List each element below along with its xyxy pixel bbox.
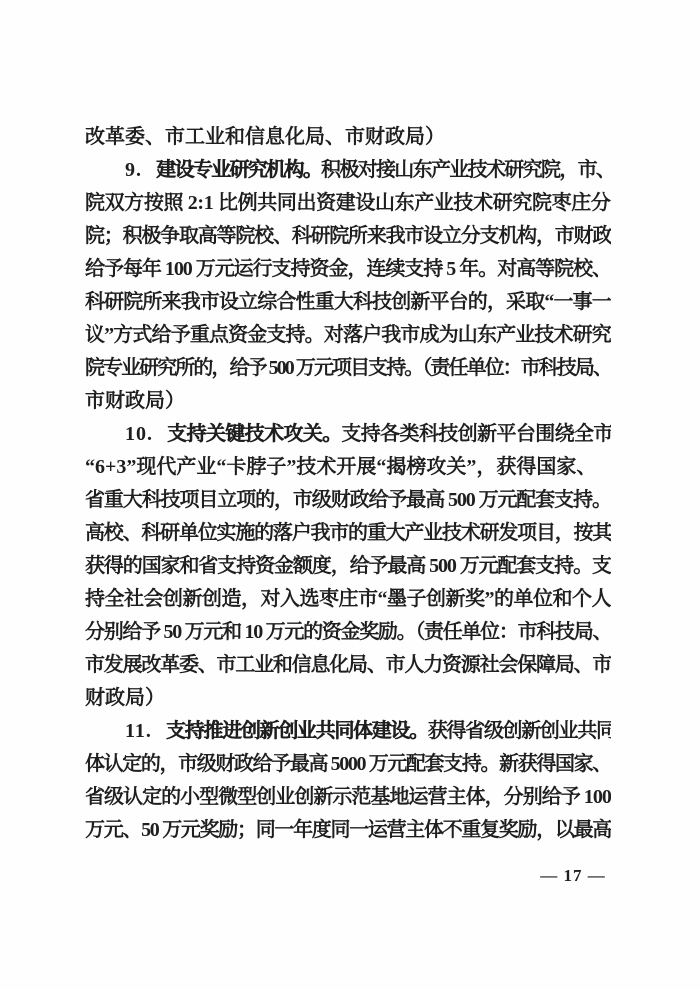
- text-line: 市发展改革委、市工业和信息化局、市人力资源社会保障局、市: [85, 649, 611, 682]
- text-line: 省级认定的小型微型创业创新示范基地运营主体，分别给予 100: [85, 781, 611, 814]
- text-line: 9.建设专业研究机构。积极对接山东产业技术研究院，市、: [85, 154, 611, 187]
- text-line: 获得的国家和省支持资金额度，给予最高 500 万元配套支持。支: [85, 550, 611, 583]
- text-segment-responsibility: 改革委、市工业和信息化局、市财政局）: [85, 126, 445, 148]
- text-segment-body: 院专业研究所的，给予 500 万元项目支持。: [85, 357, 422, 379]
- text-segment-body: 分别给予 50 万元和 10 万元的资金奖励。: [85, 621, 415, 643]
- text-line: 高校、科研单位实施的落户我市的重大产业技术研发项目，按其: [85, 517, 611, 550]
- text-segment-body: 省级认定的小型微型创业创新示范基地运营主体，分别给予 100: [85, 786, 611, 808]
- text-line: 院；积极争取高等院校、科研院所来我市设立分支机构，市财政: [85, 220, 611, 253]
- text-segment-body: 高校、科研单位实施的落户我市的重大产业技术研发项目，按其: [85, 522, 611, 544]
- text-segment-body: 获得省级创新创业共同: [428, 720, 611, 742]
- text-line: 省重大科技项目立项的，市级财政给予最高 500 万元配套支持。: [85, 484, 611, 517]
- text-segment-body: 省重大科技项目立项的，市级财政给予最高 500 万元配套支持。: [85, 489, 611, 511]
- text-segment-num: 10.: [125, 423, 153, 445]
- text-segment-heading: 支持关键技术攻关。: [167, 423, 341, 445]
- document-body: 改革委、市工业和信息化局、市财政局）9.建设专业研究机构。积极对接山东产业技术研…: [85, 121, 611, 847]
- text-line: 院双方按照 2:1 比例共同出资建设山东产业技术研究院枣庄分: [85, 187, 611, 220]
- text-segment-body: 获得的国家和省支持资金额度，给予最高 500 万元配套支持。支: [85, 555, 611, 577]
- text-line: 10.支持关键技术攻关。支持各类科技创新平台围绕全市: [85, 418, 611, 451]
- document-page: 改革委、市工业和信息化局、市财政局）9.建设专业研究机构。积极对接山东产业技术研…: [0, 0, 700, 989]
- text-line: 改革委、市工业和信息化局、市财政局）: [85, 121, 611, 154]
- text-segment-body: 院双方按照 2:1 比例共同出资建设山东产业技术研究院枣庄分: [85, 192, 611, 214]
- text-line: 11.支持推进创新创业共同体建设。获得省级创新创业共同: [85, 715, 611, 748]
- text-segment-body: 院；积极争取高等院校、科研院所来我市设立分支机构，市财政: [85, 225, 611, 247]
- text-line: 科研院所来我市设立综合性重大科技创新平台的，采取“一事一: [85, 286, 611, 319]
- text-segment-body: 科研院所来我市设立综合性重大科技创新平台的，采取“一事一: [85, 291, 611, 313]
- page-number: — 17 —: [536, 866, 610, 886]
- text-segment-responsibility: 财政局）: [85, 687, 165, 709]
- text-segment-body: 积极对接山东产业技术研究院，市、: [321, 159, 611, 181]
- text-line: 分别给予 50 万元和 10 万元的资金奖励。（责任单位：市科技局、: [85, 616, 611, 649]
- text-segment-body: 给予每年 100 万元运行支持资金，连续支持 5 年。对高等院校、: [85, 258, 611, 280]
- text-segment-num: 9.: [125, 159, 142, 181]
- text-line: 给予每年 100 万元运行支持资金，连续支持 5 年。对高等院校、: [85, 253, 611, 286]
- text-line: 持全社会创新创造，对入选枣庄市“墨子创新奖”的单位和个人: [85, 583, 611, 616]
- text-line: 万元、50 万元奖励；同一年度同一运营主体不重复奖励，以最高: [85, 814, 611, 847]
- text-segment-body: 持全社会创新创造，对入选枣庄市“墨子创新奖”的单位和个人: [85, 588, 611, 610]
- text-segment-heading: 建设专业研究机构。: [156, 159, 321, 181]
- text-segment-responsibility: （责任单位：市科技局、: [422, 357, 611, 379]
- text-line: 议”方式给予重点资金支持。对落户我市成为山东产业技术研究: [85, 319, 611, 352]
- text-segment-responsibility: 市发展改革委、市工业和信息化局、市人力资源社会保障局、市: [85, 654, 611, 676]
- text-segment-body: 议”方式给予重点资金支持。对落户我市成为山东产业技术研究: [85, 324, 611, 346]
- text-segment-responsibility: （责任单位：市科技局、: [415, 621, 611, 643]
- text-line: 院专业研究所的，给予 500 万元项目支持。（责任单位：市科技局、: [85, 352, 611, 385]
- text-segment-num: 11.: [125, 720, 152, 742]
- text-segment-responsibility: 市财政局）: [85, 390, 185, 412]
- text-line: 财政局）: [85, 682, 611, 715]
- text-segment-body: “6+3”现代产业“卡脖子”技术开展“揭榜攻关”，获得国家、: [85, 456, 596, 478]
- text-segment-heading: 支持推进创新创业共同体建设。: [166, 720, 428, 742]
- text-segment-body: 支持各类科技创新平台围绕全市: [341, 423, 611, 445]
- text-line: 体认定的，市级财政给予最高 5000 万元配套支持。新获得国家、: [85, 748, 611, 781]
- text-line: 市财政局）: [85, 385, 611, 418]
- text-segment-body: 体认定的，市级财政给予最高 5000 万元配套支持。新获得国家、: [85, 753, 611, 775]
- text-line: “6+3”现代产业“卡脖子”技术开展“揭榜攻关”，获得国家、: [85, 451, 611, 484]
- text-segment-body: 万元、50 万元奖励；同一年度同一运营主体不重复奖励，以最高: [85, 819, 611, 841]
